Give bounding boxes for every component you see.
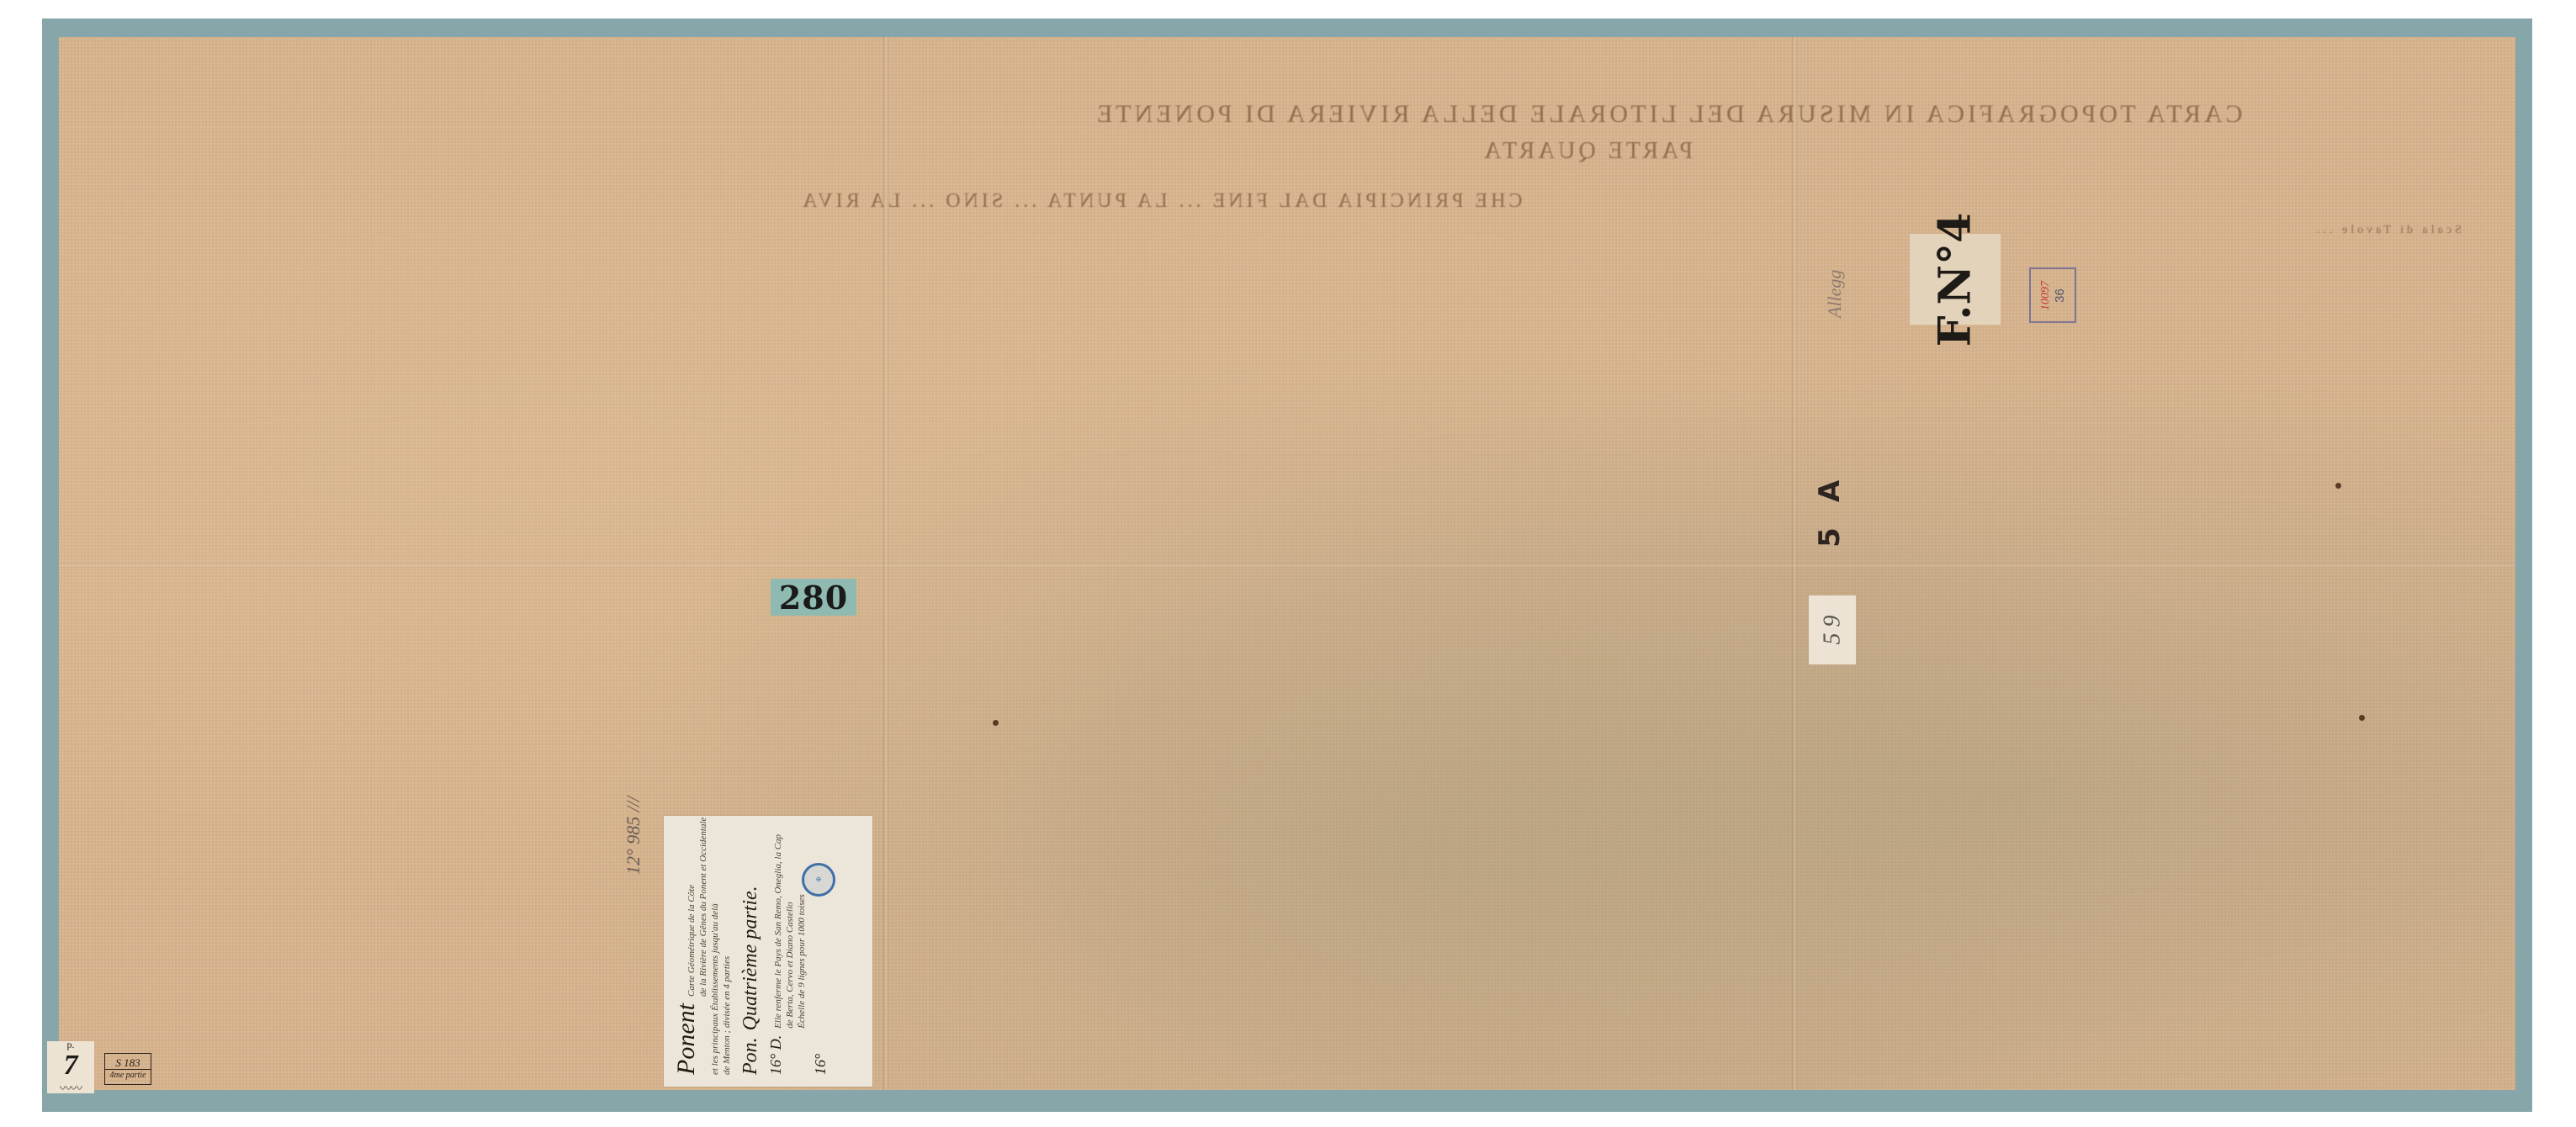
stamp-cartella-number: 36 [2053, 288, 2067, 303]
cartouche-heading: Ponent [672, 1003, 701, 1075]
bleed-title-line2: PARTE QUARTA [1481, 138, 1693, 165]
stain-spot [2359, 715, 2365, 721]
pencil-annotation: Allegg [1824, 270, 1846, 318]
linen-backing: CARTA TOPOGRAFICA IN MISURA DEL LITORALE… [59, 37, 2515, 1090]
catalog-box-mark: S 183 4me partie [104, 1053, 151, 1085]
stencil-mark: A 5 [1805, 468, 1855, 560]
cartouche-desc-line: Carte Géométrique de la Côte [686, 817, 697, 997]
cartouche-ref-2: 16° [808, 828, 833, 1075]
note-slip-text: 5 9 [1819, 616, 1846, 645]
stain-spot [2335, 483, 2341, 489]
bleed-side-note: Scala di Tavole ... [2314, 224, 2462, 237]
stencil-digit: 5 [1813, 527, 1847, 548]
tag-number: 7 [64, 1051, 78, 1080]
archive-stamp: 10097 36 [2029, 267, 2076, 323]
cartouche-part-prefix: Pon. [738, 1037, 763, 1075]
title-cartouche-slip: BIBLIOTECA NAZIONALE CENTRALE✠ Ponent Ca… [664, 816, 872, 1087]
note-slip: 5 9 [1809, 595, 1856, 664]
horizontal-fold [59, 563, 2515, 568]
bleed-title-line3: CHE PRINCIPIA DAL FINE ... LA PUNTA ... … [799, 190, 1522, 213]
wavy-underline-icon: 〰〰 [60, 1080, 82, 1097]
cartouche-ref-1: 16° D. [763, 1035, 788, 1075]
pencil-catalog-note: 12° 985 /// [623, 796, 644, 875]
stain-spot [993, 720, 999, 726]
cartouche-desc-line: et les principaux Établissements jusqu'a… [709, 828, 721, 1075]
shelf-mark-label: F.N°4 [1910, 234, 2001, 325]
cartouche-desc-line: de Menton ; divisée en 4 parties [721, 828, 733, 1075]
cartouche-part-line: Échelle de 9 lignes pour 1000 toises [796, 834, 808, 1029]
corner-number-tag: p. 7 〰〰 [47, 1041, 94, 1093]
cartouche-desc-line: de la Rivière de Gênes du Ponent et Occi… [697, 817, 709, 997]
cartouche-part-line: Elle renferme le Pays de San Remo, Onegl… [772, 834, 784, 1029]
map-sheet-border: CARTA TOPOGRAFICA IN MISURA DEL LITORALE… [42, 19, 2532, 1112]
inventory-number-label: 280 [771, 579, 856, 616]
stamp-handwritten-number: 10097 [2039, 281, 2053, 310]
cartouche-part-line: de Berta, Cervo et Diano Castello [784, 834, 796, 1029]
stencil-letter: A [1813, 479, 1847, 501]
catalog-box-top: S 183 [105, 1056, 151, 1070]
shelf-mark-text: F.N°4 [1930, 212, 1981, 347]
cartouche-part-title: Quatrième partie. [738, 886, 763, 1030]
bleed-title-line1: CARTA TOPOGRAFICA IN MISURA DEL LITORALE… [1094, 100, 2243, 129]
catalog-box-bottom: 4me partie [109, 1070, 146, 1082]
